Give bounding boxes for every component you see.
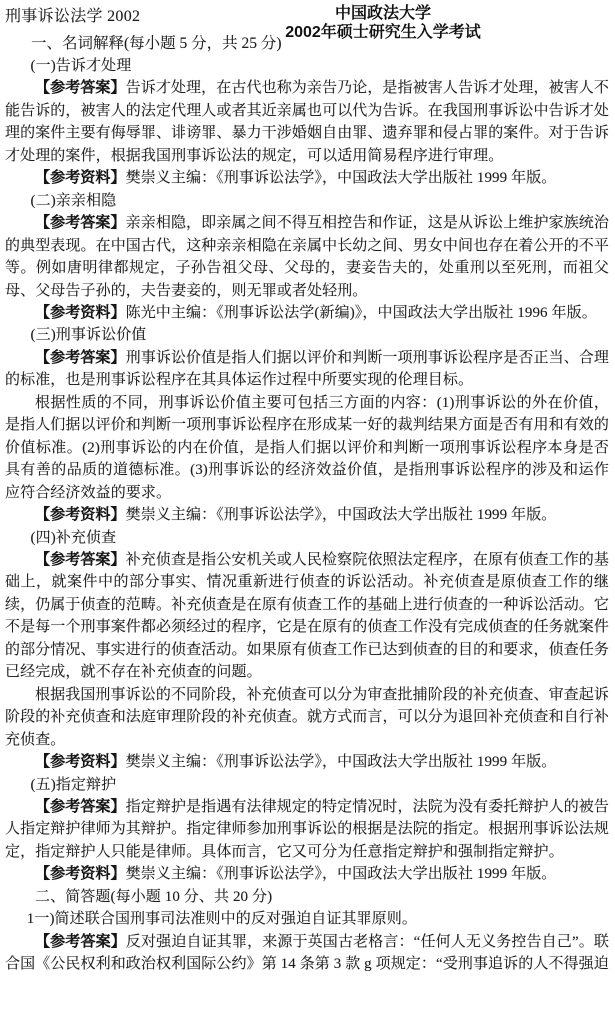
answer-paragraph: 【参考答案】刑事诉讼价值是指人们据以评价和判断一项刑事诉讼程序是否正当、合理的标…	[5, 347, 609, 392]
term-subheading: (三)刑事诉讼价值	[5, 324, 609, 346]
paragraph-text: 二、简答题(每小题 10 分、共 20 分)	[35, 889, 272, 905]
paragraph-text: (四)补充侦查	[31, 530, 117, 546]
university-name: 中国政法大学	[278, 5, 488, 24]
answer-paragraph: 【参考答案】告诉才处理，在古代也称为亲告乃论，是指被害人告诉才处理，被害人不能告…	[5, 77, 609, 167]
answer-label: 【参考答案】	[35, 552, 126, 568]
answer-label: 【参考答案】	[35, 934, 126, 950]
reference-paragraph: 【参考资料】樊崇义主编：《刑事诉讼法学》，中国政法大学出版社 1999 年版。	[5, 863, 609, 885]
exam-title: 2002年硕士研究生入学考试	[278, 24, 488, 43]
paragraph-text: (一)告诉才处理	[31, 58, 132, 74]
answer-label: 【参考答案】	[35, 80, 126, 96]
paragraph-text: 根据性质的不同，刑事诉讼价值主要可包括三方面的内容：(1)刑事诉讼的外在价值，是…	[5, 395, 609, 501]
scanned-exam-page: 刑事诉讼法学 2002 中国政法大学 2002年硕士研究生入学考试 一、名词解释…	[0, 0, 615, 1014]
paragraph-text: (五)指定辩护	[31, 777, 117, 793]
reference-label: 【参考资料】	[35, 170, 126, 186]
answer-label: 【参考答案】	[35, 799, 126, 815]
paragraph-text: 樊崇义主编：《刑事诉讼法学》，中国政法大学出版社 1999 年版。	[126, 866, 557, 882]
reference-paragraph: 【参考资料】樊崇义主编：《刑事诉讼法学》，中国政法大学出版社 1999 年版。	[5, 504, 609, 526]
answer-paragraph: 【参考答案】亲亲相隐，即亲属之间不得互相控告和作证，这是从诉讼上维护家族统治的典…	[5, 212, 609, 302]
answer-label: 【参考答案】	[35, 350, 126, 366]
course-title: 刑事诉讼法学 2002	[5, 3, 140, 26]
reference-label: 【参考资料】	[35, 305, 126, 321]
term-subheading: (一)告诉才处理	[5, 55, 609, 77]
answer-paragraph: 【参考答案】补充侦查是指公安机关或人民检察院依照法定程序，在原有侦查工作的基础上…	[5, 549, 609, 684]
paragraph-text: 1一)简述联合国刑事司法准则中的反对强迫自证其罪原则。	[27, 911, 417, 927]
section-heading: 二、简答题(每小题 10 分、共 20 分)	[5, 886, 609, 908]
paragraph-text: 根据我国刑事诉讼的不同阶段，补充侦查可以分为审查批捕阶段的补充侦查、审查起诉阶段…	[5, 687, 609, 748]
document-body: (一)告诉才处理【参考答案】告诉才处理，在古代也称为亲告乃论，是指被害人告诉才处…	[0, 55, 615, 976]
paragraph-text: 樊崇义主编：《刑事诉讼法学》，中国政法大学出版社 1999 年版。	[126, 507, 557, 523]
paragraph-text: 樊崇义主编：《刑事诉讼法学》，中国政法大学出版社 1999 年版。	[126, 170, 557, 186]
paragraph-text: 补充侦查是指公安机关或人民检察院依照法定程序，在原有侦查工作的基础上，就案件中的…	[5, 552, 609, 680]
university-title-block: 中国政法大学 2002年硕士研究生入学考试	[278, 5, 488, 42]
document-header: 刑事诉讼法学 2002 中国政法大学 2002年硕士研究生入学考试 一、名词解释…	[0, 0, 615, 55]
reference-paragraph: 【参考资料】陈光中主编：《刑事诉讼法学(新编)》，中国政法大学出版社 1996 …	[5, 302, 609, 324]
reference-label: 【参考资料】	[35, 507, 126, 523]
reference-label: 【参考资料】	[35, 866, 126, 882]
body-paragraph: 根据性质的不同，刑事诉讼价值主要可包括三方面的内容：(1)刑事诉讼的外在价值，是…	[5, 392, 609, 504]
answer-paragraph: 【参考答案】反对强迫自证其罪，来源于英国古老格言：“任何人无义务控告自己”。联合…	[5, 931, 609, 976]
answer-paragraph: 【参考答案】指定辩护是指遇有法律规定的特定情况时，法院为没有委托辩护人的被告人指…	[5, 796, 609, 863]
paragraph-text: 陈光中主编：《刑事诉讼法学(新编)》，中国政法大学出版社 1996 年版。	[126, 305, 597, 321]
section-one-heading: 一、名词解释(每小题 5 分，共 25 分)	[31, 31, 282, 53]
question-heading: 1一)简述联合国刑事司法准则中的反对强迫自证其罪原则。	[5, 908, 609, 930]
reference-paragraph: 【参考资料】樊崇义主编：《刑事诉讼法学》，中国政法大学出版社 1999 年版。	[5, 167, 609, 189]
answer-label: 【参考答案】	[35, 215, 126, 231]
term-subheading: (二)亲亲相隐	[5, 190, 609, 212]
paragraph-text: 樊崇义主编：《刑事诉讼法学》，中国政法大学出版社 1999 年版。	[126, 754, 557, 770]
paragraph-text: (三)刑事诉讼价值	[31, 327, 147, 343]
term-subheading: (五)指定辩护	[5, 774, 609, 796]
reference-label: 【参考资料】	[35, 754, 126, 770]
body-paragraph: 根据我国刑事诉讼的不同阶段，补充侦查可以分为审查批捕阶段的补充侦查、审查起诉阶段…	[5, 684, 609, 751]
paragraph-text: (二)亲亲相隐	[31, 193, 117, 209]
term-subheading: (四)补充侦查	[5, 527, 609, 549]
reference-paragraph: 【参考资料】樊崇义主编：《刑事诉讼法学》，中国政法大学出版社 1999 年版。	[5, 751, 609, 773]
